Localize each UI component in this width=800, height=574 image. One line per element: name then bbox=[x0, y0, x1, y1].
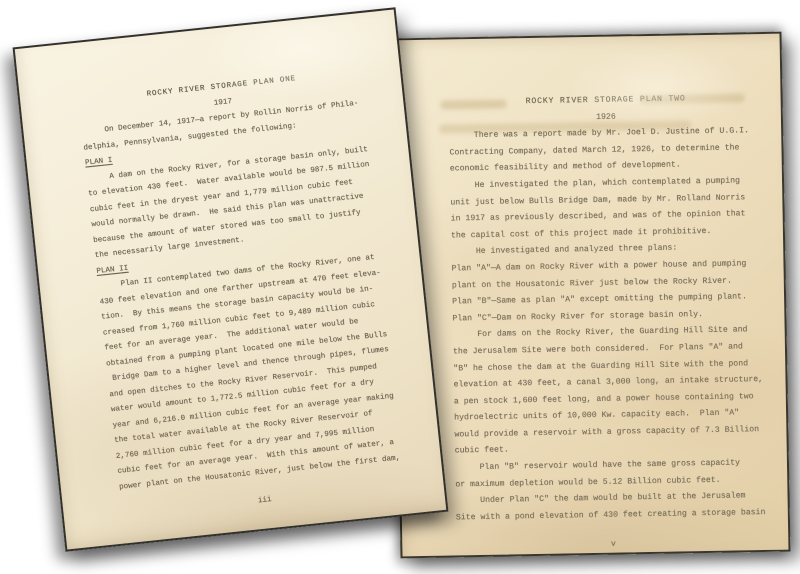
left-page: ROCKY RIVER STORAGE PLAN ONE1917 On Dece… bbox=[13, 7, 449, 551]
right-page: ROCKY RIVER STORAGE PLAN TWO1926 There w… bbox=[391, 32, 790, 559]
left-page-lines: ROCKY RIVER STORAGE PLAN ONE1917 On Dece… bbox=[78, 65, 409, 524]
right-page-lines: ROCKY RIVER STORAGE PLAN TWO1926 There w… bbox=[448, 90, 770, 556]
document-photo: ROCKY RIVER STORAGE PLAN TWO1926 There w… bbox=[0, 0, 800, 574]
text-line: v bbox=[456, 534, 770, 556]
